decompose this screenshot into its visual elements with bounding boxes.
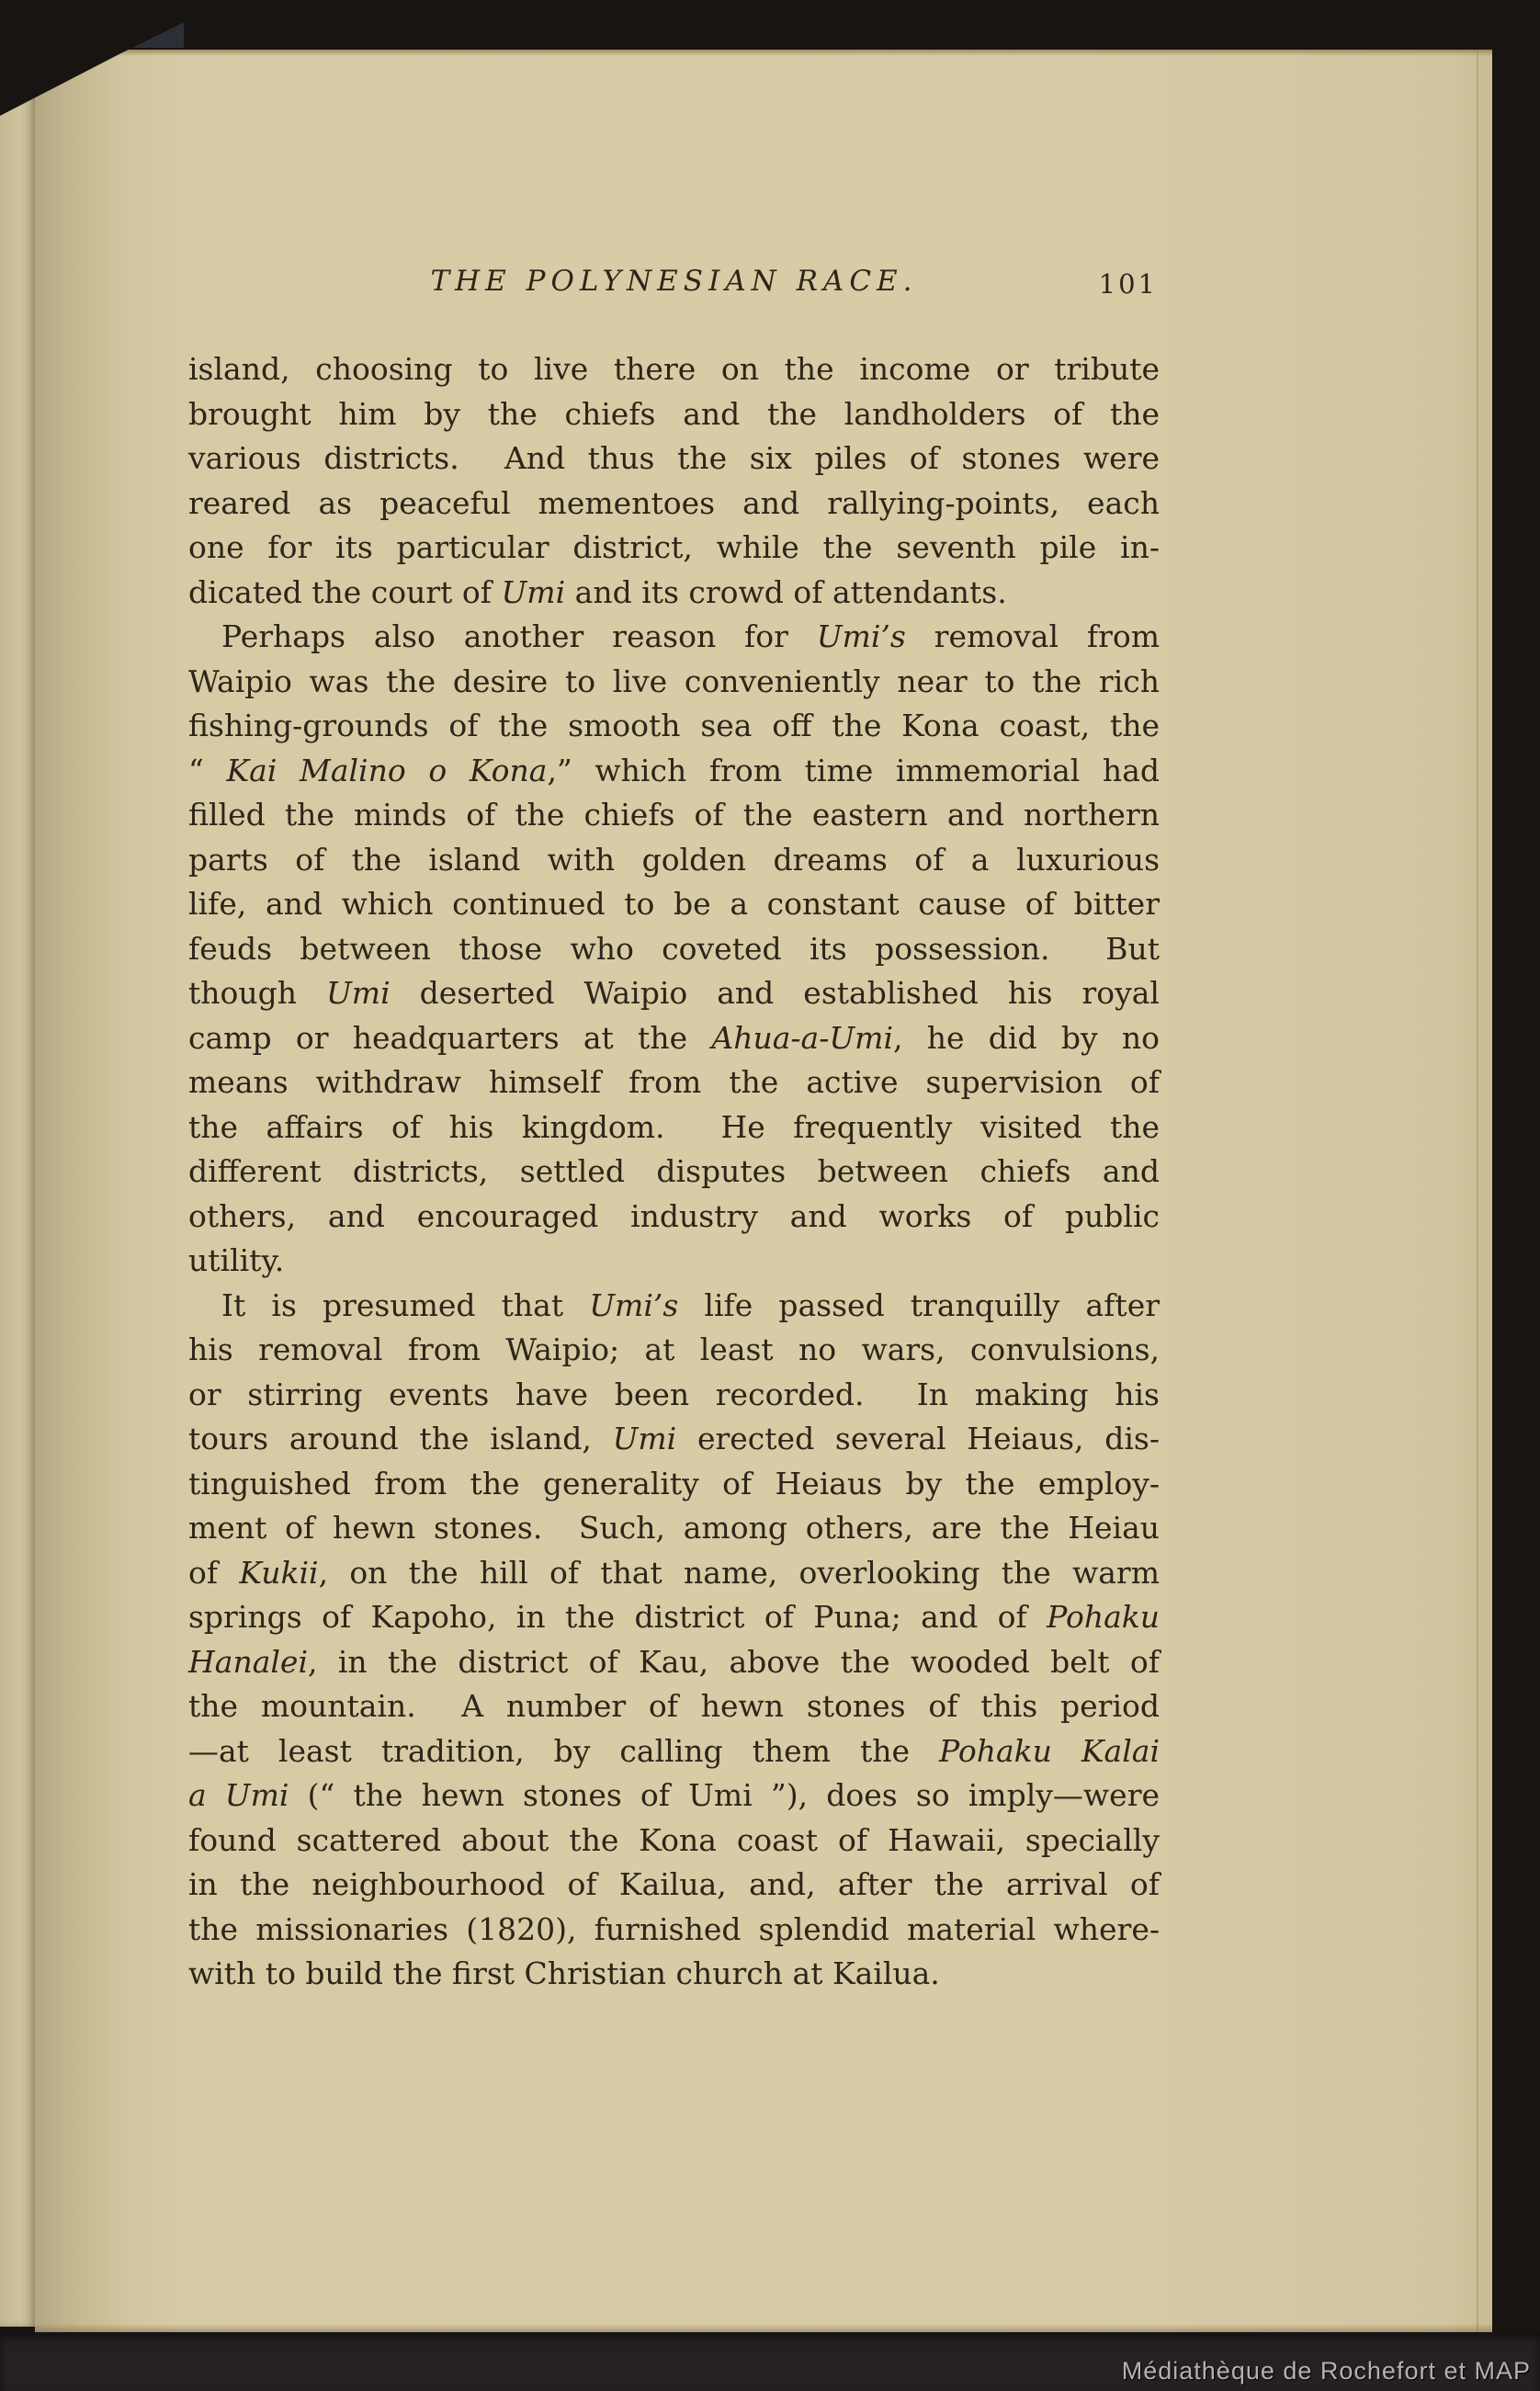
running-head: THE POLYNESIAN RACE. 101 <box>188 265 1160 312</box>
paragraph: It is presumed that Umi’s life passed tr… <box>188 1284 1160 1997</box>
text-line: means withdraw himself from the active s… <box>188 1060 1160 1105</box>
text-line: ment of hewn stones. Such, among others,… <box>188 1506 1160 1551</box>
text-line: in the neighbourhood of Kailua, and, aft… <box>188 1863 1160 1908</box>
library-watermark: Médiathèque de Rochefort et MAP <box>1122 2357 1531 2385</box>
text-line: brought him by the chiefs and the landho… <box>188 392 1160 437</box>
text-line: a Umi (“ the hewn stones of Umi ”), does… <box>188 1773 1160 1819</box>
page-number: 101 <box>1099 268 1158 300</box>
text-line: camp or headquarters at the Ahua-a-Umi, … <box>188 1016 1160 1061</box>
text-line: utility. <box>188 1239 1160 1284</box>
text-line: of Kukii, on the hill of that name, over… <box>188 1551 1160 1596</box>
scanner-bottom-band: Médiathèque de Rochefort et MAP <box>0 2332 1540 2391</box>
text-line: the mountain. A number of hewn stones of… <box>188 1684 1160 1729</box>
paragraph: island, choosing to live there on the in… <box>188 347 1160 615</box>
text-line: It is presumed that Umi’s life passed tr… <box>188 1284 1160 1329</box>
text-line: though Umi deserted Waipio and establish… <box>188 971 1160 1016</box>
text-line: Hanalei, in the district of Kau, above t… <box>188 1640 1160 1685</box>
scanned-book-photo: THE POLYNESIAN RACE. 101 island, choosin… <box>0 0 1540 2391</box>
text-line: life, and which continued to be a consta… <box>188 882 1160 927</box>
text-line: various districts. And thus the six pile… <box>188 436 1160 482</box>
text-line: reared as peaceful mementoes and rallyin… <box>188 482 1160 527</box>
text-block: island, choosing to live there on the in… <box>188 347 1160 1997</box>
book-page: THE POLYNESIAN RACE. 101 island, choosin… <box>35 50 1492 2332</box>
text-line: Waipio was the desire to live convenient… <box>188 660 1160 705</box>
text-line: found scattered about the Kona coast of … <box>188 1819 1160 1864</box>
paragraph: Perhaps also another reason for Umi’s re… <box>188 615 1160 1284</box>
text-line: different districts, settled disputes be… <box>188 1150 1160 1195</box>
text-line: or stirring events have been recorded. I… <box>188 1373 1160 1418</box>
page-edge-line <box>1477 50 1478 2332</box>
text-line: one for its particular district, while t… <box>188 526 1160 571</box>
text-line: island, choosing to live there on the in… <box>188 347 1160 392</box>
text-line: —at least tradition, by calling them the… <box>188 1729 1160 1774</box>
text-line: feuds between those who coveted its poss… <box>188 927 1160 972</box>
text-line: “ Kai Malino o Kona,” which from time im… <box>188 749 1160 794</box>
text-line: the affairs of his kingdom. He frequentl… <box>188 1105 1160 1150</box>
text-line: fishing-grounds of the smooth sea off th… <box>188 704 1160 749</box>
text-line: dicated the court of Umi and its crowd o… <box>188 571 1160 616</box>
previous-page-edge <box>0 57 37 2327</box>
text-line: others, and encouraged industry and work… <box>188 1195 1160 1240</box>
text-line: parts of the island with golden dreams o… <box>188 838 1160 883</box>
page-content: THE POLYNESIAN RACE. 101 island, choosin… <box>188 265 1160 1997</box>
text-line: with to build the first Christian church… <box>188 1952 1160 1997</box>
text-line: tours around the island, Umi erected sev… <box>188 1417 1160 1462</box>
text-line: tinguished from the generality of Heiaus… <box>188 1462 1160 1507</box>
text-line: the missionaries (1820), furnished splen… <box>188 1908 1160 1953</box>
text-line: Perhaps also another reason for Umi’s re… <box>188 615 1160 660</box>
text-line: filled the minds of the chiefs of the ea… <box>188 793 1160 838</box>
text-line: springs of Kapoho, in the district of Pu… <box>188 1595 1160 1640</box>
text-line: his removal from Waipio; at least no war… <box>188 1328 1160 1373</box>
page-title: THE POLYNESIAN RACE. <box>188 265 1160 298</box>
